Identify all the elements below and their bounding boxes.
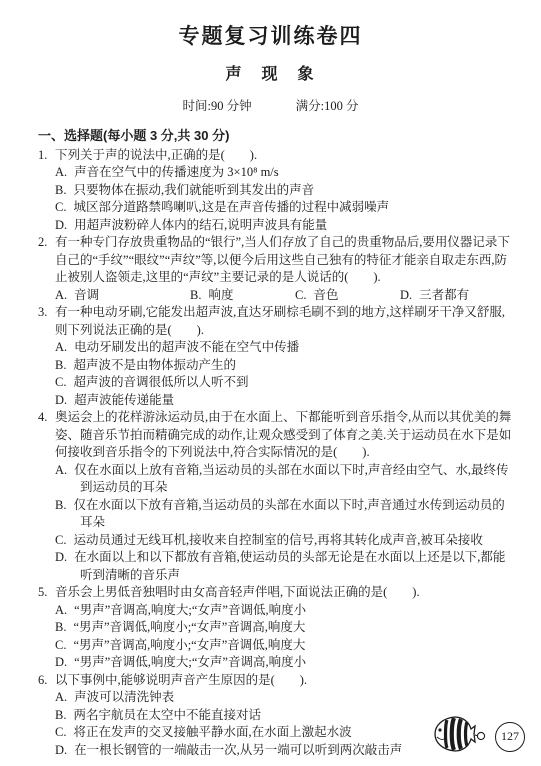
option-text: 仅在水面以上放有音箱,当运动员的头部在水面以下时,声音经由空气、水,最终传到运动…	[74, 463, 508, 495]
question-number: 6.	[38, 672, 47, 690]
options-list: A.音调 B.响度 C.音色 D.三者都有	[55, 287, 517, 305]
page-number: 127	[501, 729, 519, 744]
option-label: B.	[190, 288, 201, 302]
option-label: D.	[55, 655, 67, 669]
option-b: B.超声波不是由物体振动产生的	[55, 357, 517, 375]
option-label: A.	[55, 165, 67, 179]
option-text: 城区部分道路禁鸣喇叭,这是在声音传播的过程中减弱噪声	[73, 200, 389, 214]
option-label: D.	[55, 218, 67, 232]
option-b: B.仅在水面以下放有音箱,当运动员的头部在水面以下时,声音通过水传到运动员的耳朵	[55, 497, 517, 532]
option-text: 只要物体在振动,我们就能听到其发出的声音	[73, 183, 314, 197]
option-label: A.	[55, 463, 67, 477]
option-c: C.超声波的音调很低所以人听不到	[55, 374, 517, 392]
page-footer: 127	[431, 713, 525, 760]
question-number: 3.	[38, 304, 47, 322]
option-text: “男声”音调高,响度大;“女声”音调低,响度小	[74, 603, 306, 617]
full-score: 满分:100 分	[296, 96, 359, 114]
time-limit: 时间:90 分钟	[183, 96, 252, 114]
option-label: C.	[55, 725, 66, 739]
option-label: B.	[55, 183, 66, 197]
options-list: A.声音在空气中的传播速度为 3×10⁸ m/s B.只要物体在振动,我们就能听…	[55, 164, 517, 234]
question-4: 4. 奥运会上的花样游泳运动员,由于在水面上、下都能听到音乐指令,从而以其优美的…	[38, 409, 517, 584]
option-a: A.声音在空气中的传播速度为 3×10⁸ m/s	[55, 164, 517, 182]
option-label: B.	[55, 358, 66, 372]
page-title: 专题复习训练卷四	[0, 20, 541, 50]
document-header: 专题复习训练卷四 声 现 象 时间:90 分钟 满分:100 分	[0, 0, 541, 114]
option-a: A.声波可以清洗钟表	[55, 689, 517, 707]
option-c: C.运动员通过无线耳机,接收来自控制室的信号,再将其转化成声音,被耳朵接收	[55, 532, 517, 550]
option-text: “男声”音调低,响度大;“女声”音调高,响度小	[74, 655, 306, 669]
option-d: D.“男声”音调低,响度大;“女声”音调高,响度小	[55, 654, 517, 672]
question-number: 5.	[38, 584, 47, 602]
option-label: C.	[55, 533, 66, 547]
option-label: A.	[55, 603, 67, 617]
option-text: 超声波能传递能量	[74, 393, 174, 407]
question-1: 1. 下列关于声的说法中,正确的是( ). A.声音在空气中的传播速度为 3×1…	[38, 147, 517, 235]
options-list: A.仅在水面以上放有音箱,当运动员的头部在水面以下时,声音经由空气、水,最终传到…	[55, 462, 517, 585]
option-text: 响度	[208, 288, 233, 302]
option-label: B.	[55, 498, 66, 512]
option-d: D.三者都有	[400, 287, 469, 305]
option-text: 电动牙刷发出的超声波不能在空气中传播	[74, 340, 299, 354]
option-text: 将正在发声的交叉接触平静水面,在水面上激起水波	[73, 725, 351, 739]
option-d: D.在水面以上和以下都放有音箱,使运动员的头部无论是在水面以上还是以下,都能听到…	[55, 549, 517, 584]
option-text: 声音在空气中的传播速度为 3×10⁸ m/s	[74, 165, 278, 179]
options-list: A.“男声”音调高,响度大;“女声”音调低,响度小 B.“男声”音调低,响度小;…	[55, 602, 517, 672]
option-label: C.	[55, 200, 66, 214]
option-label: B.	[55, 620, 66, 634]
option-a: A.电动牙刷发出的超声波不能在空气中传播	[55, 339, 517, 357]
option-label: A.	[55, 690, 67, 704]
page-subtitle: 声 现 象	[0, 61, 541, 84]
exam-page: 专题复习训练卷四 声 现 象 时间:90 分钟 满分:100 分 一、选择题(每…	[0, 0, 541, 766]
option-label: A.	[55, 288, 67, 302]
option-a: A.仅在水面以上放有音箱,当运动员的头部在水面以下时,声音经由空气、水,最终传到…	[55, 462, 517, 497]
option-text: 仅在水面以下放有音箱,当运动员的头部在水面以下时,声音通过水传到运动员的耳朵	[73, 498, 504, 530]
option-text: 在一根长钢管的一端敲击一次,从另一端可以听到两次敲击声	[74, 743, 402, 757]
option-text: 两名宇航员在太空中不能直接对话	[73, 708, 261, 722]
option-label: D.	[55, 743, 67, 757]
option-d: D.超声波能传递能量	[55, 392, 517, 410]
question-5: 5. 音乐会上男低音独唱时由女高音轻声伴唱,下面说法正确的是( ). A.“男声…	[38, 584, 517, 672]
question-number: 1.	[38, 147, 47, 165]
option-b: B.响度	[190, 287, 295, 305]
option-c: C.“男声”音调高,响度小;“女声”音调低,响度大	[55, 637, 517, 655]
option-text: 音色	[313, 288, 338, 302]
option-text: 音调	[74, 288, 99, 302]
page-number-badge: 127	[495, 722, 525, 752]
options-list: A.电动牙刷发出的超声波不能在空气中传播 B.超声波不是由物体振动产生的 C.超…	[55, 339, 517, 409]
option-label: C.	[295, 288, 306, 302]
option-text: “男声”音调低,响度小;“女声”音调高,响度大	[73, 620, 305, 634]
option-text: 声波可以清洗钟表	[74, 690, 174, 704]
option-text: 三者都有	[419, 288, 469, 302]
option-text: 超声波的音调很低所以人听不到	[73, 375, 248, 389]
option-label: B.	[55, 708, 66, 722]
question-stem: 奥运会上的花样游泳运动员,由于在水面上、下都能听到音乐指令,从而以其优美的舞姿、…	[55, 409, 517, 462]
option-label: D.	[400, 288, 412, 302]
question-stem: 有一种电动牙刷,它能发出超声波,直达牙刷棕毛刷不到的地方,这样刷牙干净又舒服,则…	[55, 304, 517, 339]
option-c: C.音色	[295, 287, 400, 305]
option-b: B.“男声”音调低,响度小;“女声”音调高,响度大	[55, 619, 517, 637]
option-text: 用超声波粉碎人体内的结石,说明声波具有能量	[74, 218, 327, 232]
question-number: 4.	[38, 409, 47, 427]
question-stem: 有一种专门存放贵重物品的“银行”,当人们存放了自己的贵重物品后,要用仪器记录下自…	[55, 234, 517, 287]
option-text: 超声波不是由物体振动产生的	[73, 358, 236, 372]
fish-logo-icon	[431, 713, 493, 760]
option-label: C.	[55, 638, 66, 652]
section-heading: 一、选择题(每小题 3 分,共 30 分)	[38, 127, 517, 145]
option-label: D.	[55, 550, 67, 564]
question-stem: 音乐会上男低音独唱时由女高音轻声伴唱,下面说法正确的是( ).	[55, 584, 517, 602]
option-label: D.	[55, 393, 67, 407]
option-label: A.	[55, 340, 67, 354]
question-number: 2.	[38, 234, 47, 252]
option-text: 运动员通过无线耳机,接收来自控制室的信号,再将其转化成声音,被耳朵接收	[73, 533, 482, 547]
option-b: B.只要物体在振动,我们就能听到其发出的声音	[55, 182, 517, 200]
option-a: A.“男声”音调高,响度大;“女声”音调低,响度小	[55, 602, 517, 620]
option-text: “男声”音调高,响度小;“女声”音调低,响度大	[73, 638, 305, 652]
option-text: 在水面以上和以下都放有音箱,使运动员的头部无论是在水面以上还是以下,都能听到清晰…	[74, 550, 505, 582]
question-stem: 下列关于声的说法中,正确的是( ).	[55, 147, 517, 165]
question-2: 2. 有一种专门存放贵重物品的“银行”,当人们存放了自己的贵重物品后,要用仪器记…	[38, 234, 517, 304]
option-label: C.	[55, 375, 66, 389]
exam-meta: 时间:90 分钟 满分:100 分	[0, 96, 541, 114]
question-3: 3. 有一种电动牙刷,它能发出超声波,直达牙刷棕毛刷不到的地方,这样刷牙干净又舒…	[38, 304, 517, 409]
exam-body: 一、选择题(每小题 3 分,共 30 分) 1. 下列关于声的说法中,正确的是(…	[38, 127, 517, 759]
option-a: A.音调	[55, 287, 190, 305]
option-c: C.城区部分道路禁鸣喇叭,这是在声音传播的过程中减弱噪声	[55, 199, 517, 217]
option-d: D.用超声波粉碎人体内的结石,说明声波具有能量	[55, 217, 517, 235]
question-stem: 以下事例中,能够说明声音产生原因的是( ).	[55, 672, 517, 690]
